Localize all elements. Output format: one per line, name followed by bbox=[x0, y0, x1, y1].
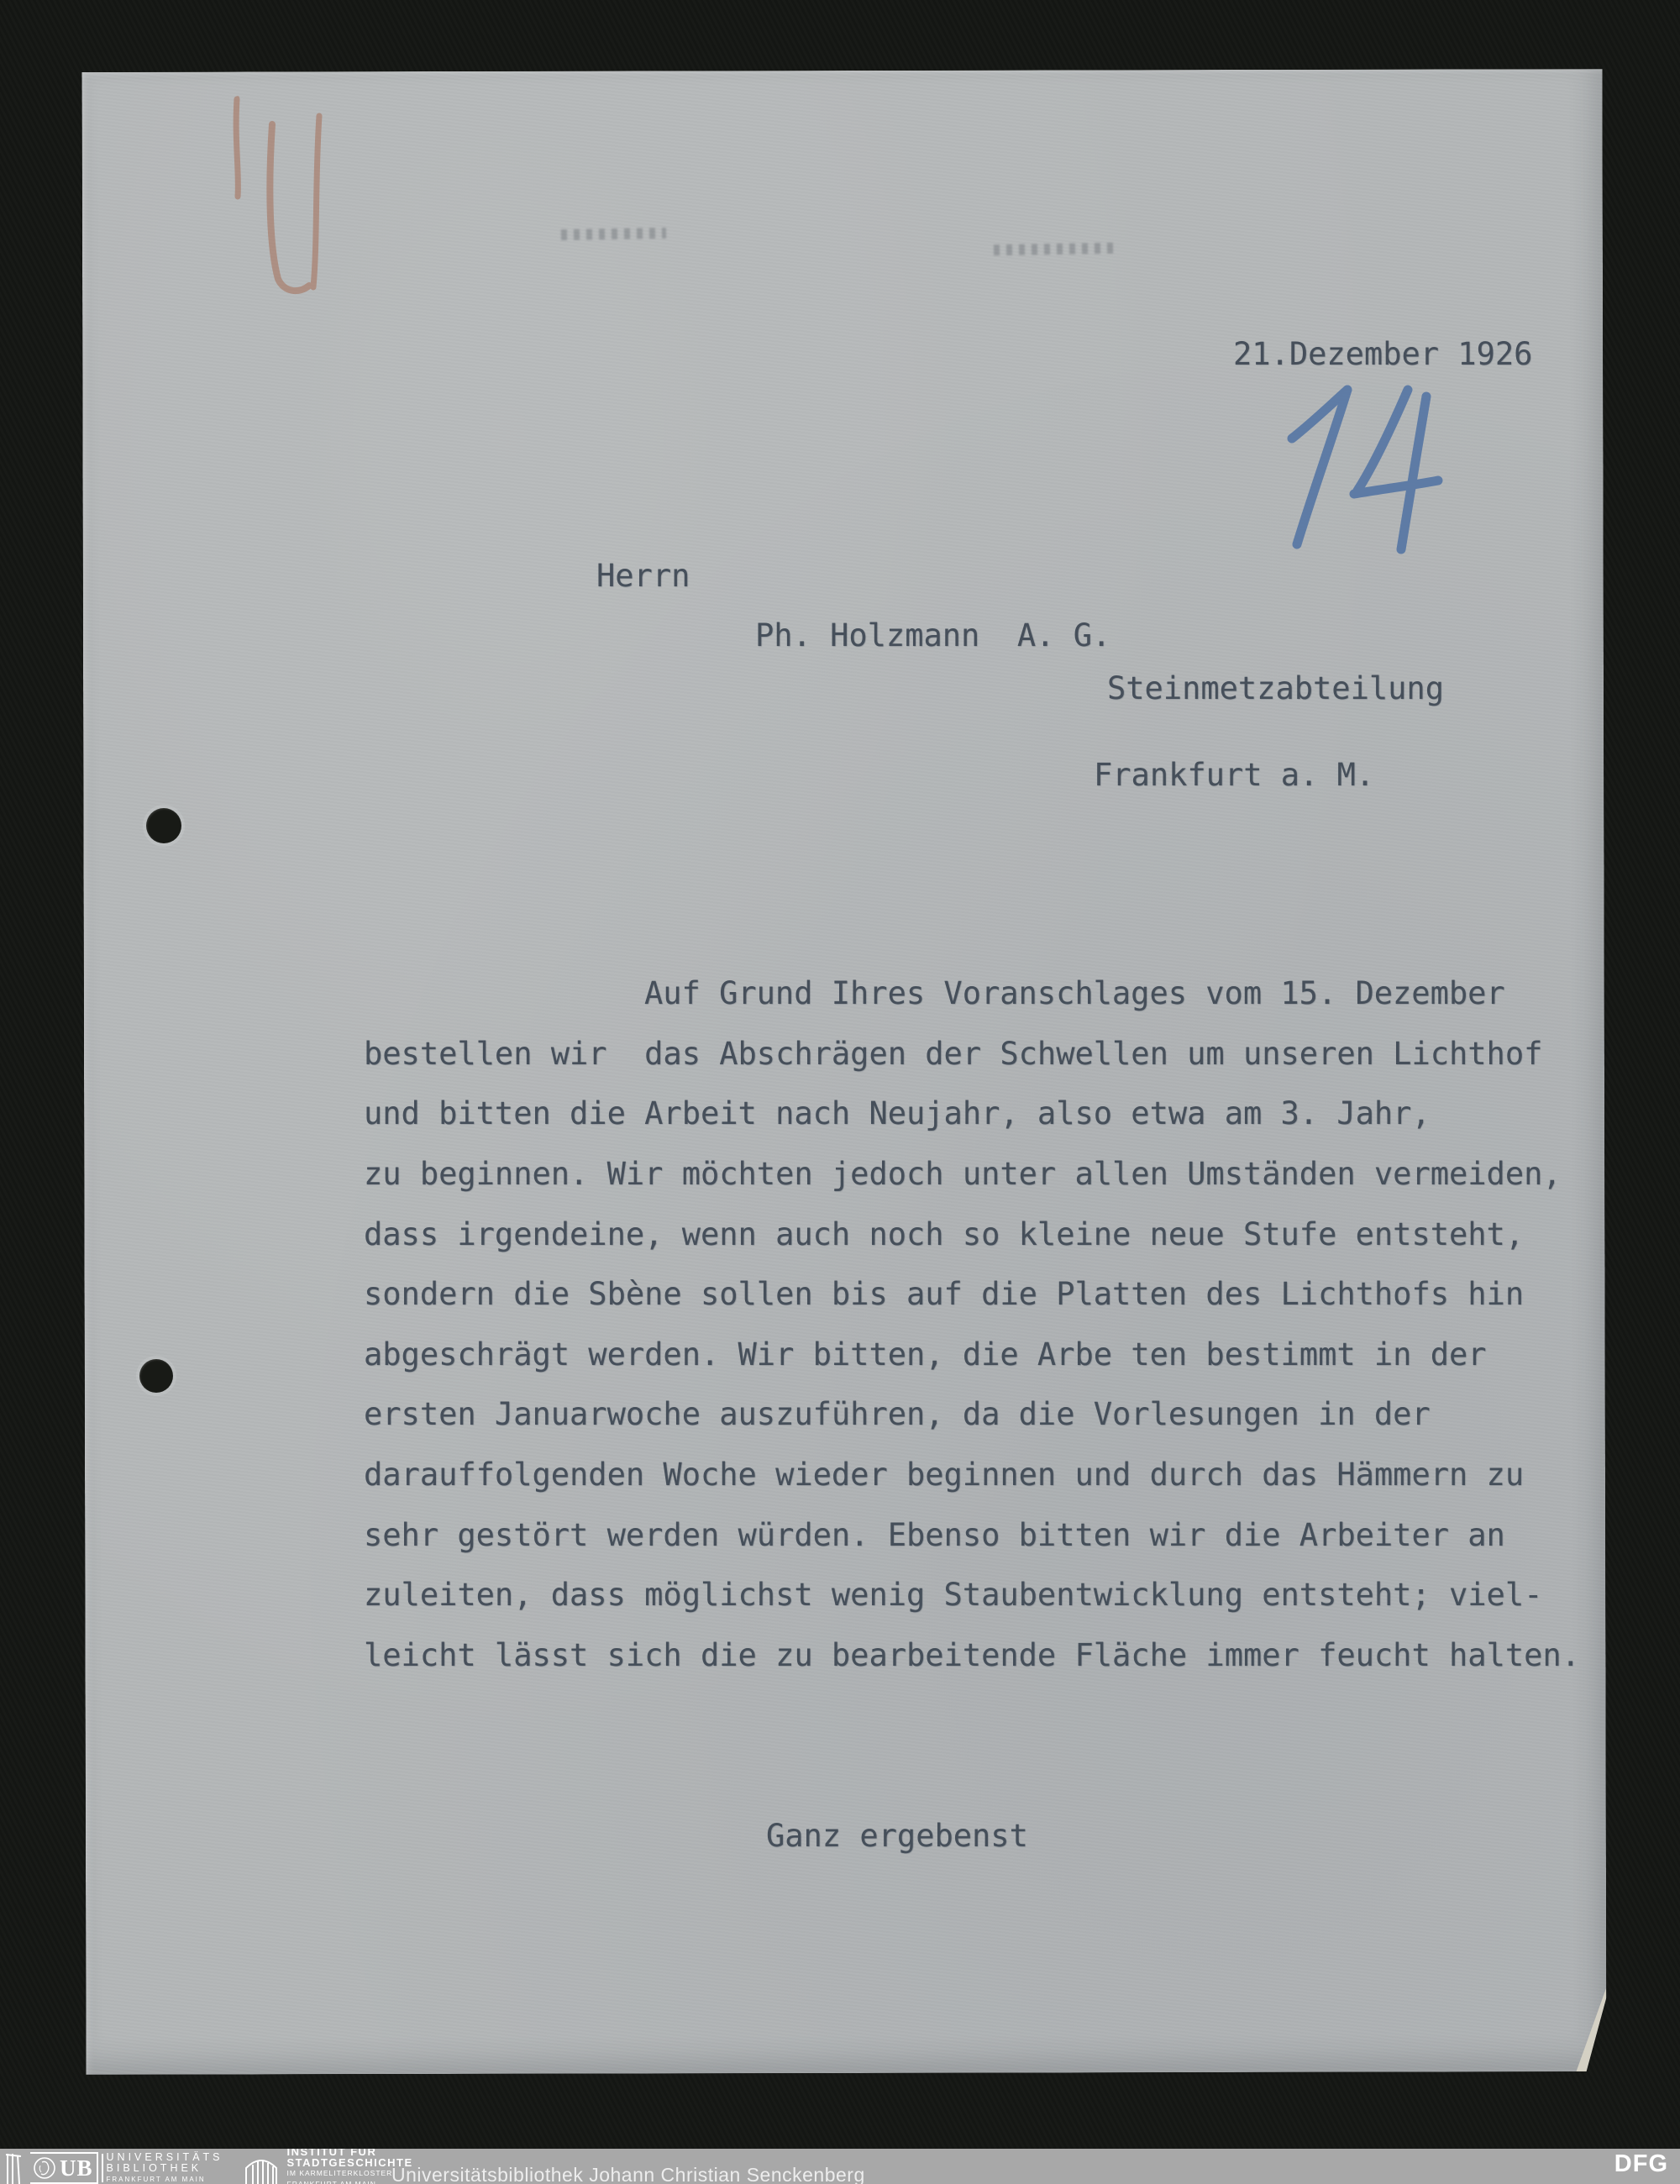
letter-line: zu beginnen. Wir möchten jedoch unter al… bbox=[364, 1144, 1624, 1205]
punch-hole-top bbox=[146, 808, 181, 843]
letter-line: darauffolgenden Woche wieder beginnen un… bbox=[364, 1445, 1624, 1505]
gothic-window-icon bbox=[244, 2151, 279, 2184]
letter-closing: Ganz ergebenst bbox=[364, 1806, 1624, 1866]
ub-name-line3: FRANKFURT AM MAIN bbox=[107, 2174, 223, 2184]
handwritten-page-number bbox=[1273, 380, 1483, 556]
recipient-city: Frankfurt a. M. bbox=[1094, 757, 1374, 794]
dfg-logo: DFG bbox=[1614, 2150, 1668, 2178]
letter-line: abgeschrägt werden. Wir bitten, die Arbe… bbox=[364, 1325, 1624, 1385]
letter-lines: Auf Grund Ihres Voranschlages vom 15. De… bbox=[364, 963, 1624, 1685]
letter-body: Auf Grund Ihres Voranschlages vom 15. De… bbox=[364, 843, 1624, 1986]
ub-logo-text: UNIVERSITÄTS BIBLIOTHEK FRANKFURT AM MAI… bbox=[107, 2152, 223, 2184]
paperclip-rust-stain bbox=[217, 81, 343, 307]
folded-corner bbox=[1576, 1984, 1606, 2071]
ub-abbreviation: UB bbox=[60, 2155, 93, 2181]
ink-smudge-right bbox=[994, 243, 1116, 256]
ink-smudge-left bbox=[561, 228, 666, 240]
ub-logo-frame: UB bbox=[30, 2152, 98, 2184]
ub-name-line1: UNIVERSITÄTS bbox=[107, 2152, 223, 2163]
letter-line: bestellen wir das Abschrägen der Schwell… bbox=[364, 1024, 1624, 1084]
library-credit: Universitätsbibliothek Johann Christian … bbox=[391, 2164, 865, 2184]
letter-line: zuleiten, dass möglichst wenig Staubentw… bbox=[364, 1565, 1624, 1625]
recipient-department: Steinmetzabteilung bbox=[1107, 670, 1444, 707]
letter-line: Auf Grund Ihres Voranschlages vom 15. De… bbox=[364, 963, 1624, 1024]
letter-line: dass irgendeine, wenn auch noch so klein… bbox=[364, 1205, 1624, 1265]
goethe-portrait-icon bbox=[32, 2155, 57, 2181]
letter-date: 21.Dezember 1926 bbox=[1233, 336, 1532, 373]
recipient-salutation: Herrn bbox=[596, 558, 690, 595]
scanned-letter-page: 21.Dezember 1926 Herrn Ph. Holzmann A. G… bbox=[0, 0, 1680, 2184]
recipient-company: Ph. Holzmann A. G. bbox=[755, 617, 1110, 654]
letter-line: sehr gestört werden würden. Ebenso bitte… bbox=[364, 1505, 1624, 1566]
punch-hole-bottom bbox=[139, 1359, 173, 1393]
logo-divider bbox=[102, 2154, 103, 2182]
letter-line: und bitten die Arbeit nach Neujahr, also… bbox=[364, 1084, 1624, 1144]
ub-name-line2: BIBLIOTHEK bbox=[107, 2163, 223, 2174]
book-spines-icon bbox=[5, 2152, 22, 2184]
letter-line: leicht lässt sich die zu bearbeitende Fl… bbox=[364, 1625, 1624, 1686]
footer-logos: UB UNIVERSITÄTS BIBLIOTHEK FRANKFURT AM … bbox=[5, 2150, 413, 2184]
letter-line: ersten Januarwoche auszuführen, da die V… bbox=[364, 1384, 1624, 1445]
letter-line: sondern die Sbène sollen bis auf die Pla… bbox=[364, 1264, 1624, 1325]
ub-logo: UB UNIVERSITÄTS BIBLIOTHEK FRANKFURT AM … bbox=[30, 2152, 223, 2184]
